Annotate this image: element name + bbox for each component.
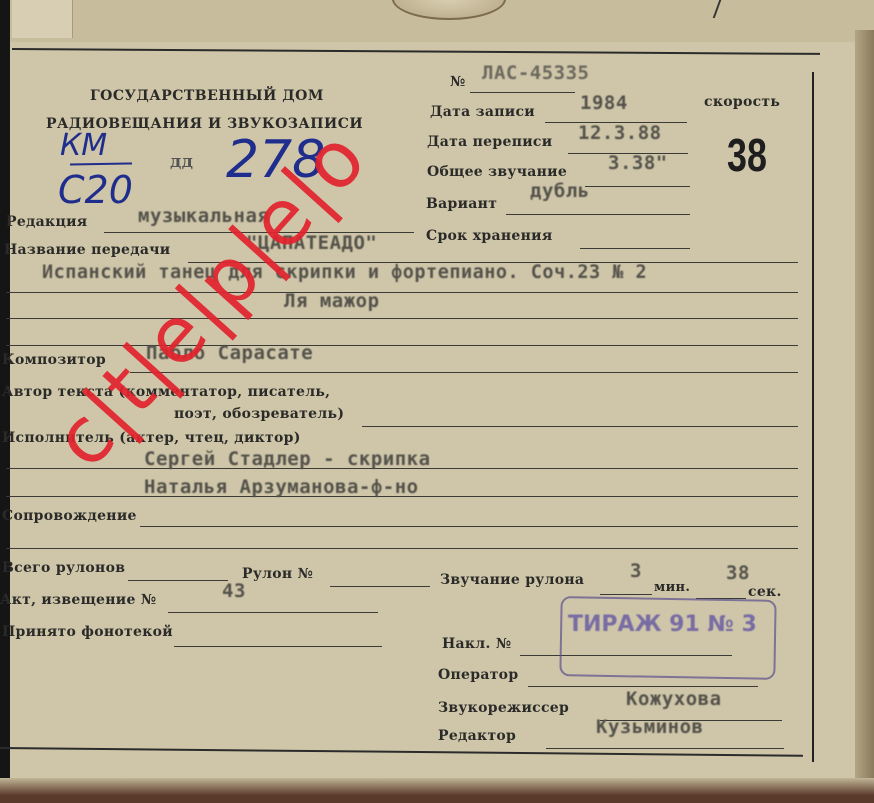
- total-duration-label: Общее звучание: [427, 164, 567, 180]
- performer-1: Сергей Стадлер - скрипка: [144, 448, 431, 470]
- handwritten-code-top: КМ: [60, 128, 107, 163]
- rewrite-date-label: Дата переписи: [427, 134, 552, 150]
- invoice-label: Накл. №: [442, 636, 511, 652]
- total-reels-label: Всего рулонов: [2, 560, 125, 576]
- accompaniment-line-2: [6, 548, 798, 549]
- accepted-line: [174, 646, 382, 647]
- accepted-label: Принято фонотекой: [2, 624, 173, 640]
- total-duration-line: [585, 186, 690, 187]
- organization-line-1: ГОСУДАРСТВЕННЫЙ ДОМ: [90, 88, 324, 104]
- minutes-label: мин.: [654, 580, 690, 595]
- accompaniment-line: [140, 526, 798, 527]
- left-shadow: [0, 0, 10, 803]
- author-label-2: поэт, обозреватель): [174, 406, 344, 422]
- program-label: Название передачи: [4, 242, 170, 258]
- performer-2: Наталья Арзуманова-ф-но: [144, 476, 419, 498]
- speed-value: 38: [727, 128, 767, 182]
- operator-line: [528, 686, 758, 687]
- accompaniment-label: Сопровождение: [2, 508, 137, 524]
- speed-label: скорость: [704, 94, 780, 110]
- program-key: Ля мажор: [284, 290, 380, 312]
- number-value: ЛАС-45335: [482, 62, 589, 84]
- frame-border-right: [812, 72, 814, 762]
- reel-no-line: [330, 586, 430, 587]
- seconds-label: сек.: [748, 584, 782, 600]
- card-stack-edge: [855, 30, 874, 803]
- sound-director-value: Кожухова: [626, 688, 722, 710]
- reel-minutes-value: 3: [630, 560, 642, 582]
- storage-term-line: [580, 248, 690, 249]
- redaction-label: Редакция: [6, 214, 87, 230]
- violet-stamp-text: ТИРАЖ 91 № 3: [568, 612, 757, 637]
- act-label: Акт, извещение №: [0, 592, 156, 608]
- violet-stamp-frame: [559, 596, 776, 680]
- total-duration-value: 3.38": [608, 152, 668, 174]
- reel-duration-label: Звучание рулона: [440, 572, 584, 588]
- editor-label: Редактор: [438, 728, 516, 744]
- act-value: 43: [222, 580, 246, 602]
- program-line-2: [6, 292, 798, 293]
- storage-term-label: Срок хранения: [426, 228, 553, 244]
- reel-minutes-line: [600, 594, 652, 595]
- number-line: [470, 92, 575, 93]
- act-line: [168, 612, 378, 613]
- series-prefix: дд: [170, 152, 193, 172]
- editor-value: Кузьминов: [596, 716, 703, 738]
- bottom-shadow: [0, 778, 874, 803]
- operator-label: Оператор: [438, 667, 518, 683]
- recording-date-label: Дата записи: [430, 104, 535, 120]
- editor-line: [546, 748, 784, 749]
- recording-date-value: 1984: [580, 92, 628, 114]
- rewrite-date-value: 12.3.88: [578, 122, 662, 144]
- total-reels-line: [128, 580, 228, 581]
- variant-line: [506, 214, 690, 215]
- card-tab: [12, 0, 73, 38]
- variant-value: дубль: [530, 180, 590, 202]
- reel-no-label: Рулон №: [242, 566, 313, 582]
- reel-seconds-value: 38: [726, 562, 750, 584]
- variant-label: Вариант: [426, 196, 497, 212]
- handwritten-code-bottom: С20: [58, 168, 133, 212]
- program-description: Испанский танец для скрипки и фортепиано…: [42, 262, 647, 283]
- composer-line: [130, 372, 798, 373]
- author-line: [362, 426, 798, 427]
- program-line-3: [6, 318, 798, 319]
- sound-director-label: Звукорежиссер: [438, 700, 569, 716]
- number-label: №: [450, 74, 466, 90]
